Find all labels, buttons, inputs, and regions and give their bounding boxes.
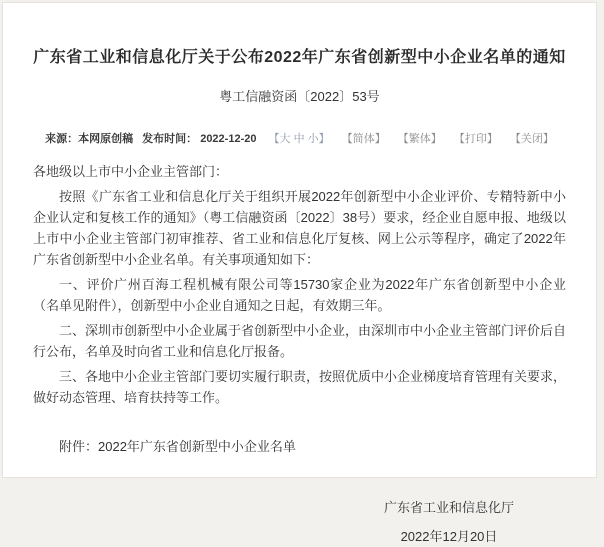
document-panel: 广东省工业和信息化厅关于公布2022年广东省创新型中小企业名单的通知 粤工信融资… bbox=[2, 2, 597, 478]
font-size-switch-link[interactable]: 【大 中 小】 bbox=[269, 133, 330, 145]
salutation-line: 各地级以上市中小企业主管部门： bbox=[33, 161, 566, 182]
publish-date-label: 发布时间： 2022-12-20 bbox=[142, 133, 256, 145]
close-link[interactable]: 【关闭】 bbox=[510, 133, 554, 145]
document-body: 各地级以上市中小企业主管部门： 按照《广东省工业和信息化厅关于组织开展2022年… bbox=[33, 161, 566, 408]
print-link[interactable]: 【打印】 bbox=[454, 133, 498, 145]
traditional-chinese-link[interactable]: 【繁体】 bbox=[398, 133, 442, 145]
meta-bar: 来源：本网原创稿 发布时间： 2022-12-20 【大 中 小】 【简体】 【… bbox=[33, 130, 566, 146]
paragraph-item-1: 一、评价广州百海工程机械有限公司等15730家企业为2022年广东省创新型中小企… bbox=[33, 274, 566, 316]
attachment-line: 附件：2022年广东省创新型中小企业名单 bbox=[33, 436, 566, 455]
paragraph-intro: 按照《广东省工业和信息化厅关于组织开展2022年创新型中小企业评价、专精特新中小… bbox=[33, 186, 566, 270]
document-number: 粤工信融资函〔2022〕53号 bbox=[33, 86, 566, 105]
simplified-chinese-link[interactable]: 【简体】 bbox=[342, 133, 386, 145]
document-content: 广东省工业和信息化厅关于公布2022年广东省创新型中小企业名单的通知 粤工信融资… bbox=[3, 47, 596, 487]
paragraph-item-3: 三、各地中小企业主管部门要切实履行职责，按照优质中小企业梯度培育管理有关要求，做… bbox=[33, 366, 566, 408]
source-label: 来源：本网原创稿 bbox=[45, 133, 133, 145]
paragraph-item-2: 二、深圳市创新型中小企业属于省创新型中小企业，由深圳市中小企业主管部门评价后自行… bbox=[33, 320, 566, 362]
page-title: 广东省工业和信息化厅关于公布2022年广东省创新型中小企业名单的通知 bbox=[33, 47, 566, 69]
